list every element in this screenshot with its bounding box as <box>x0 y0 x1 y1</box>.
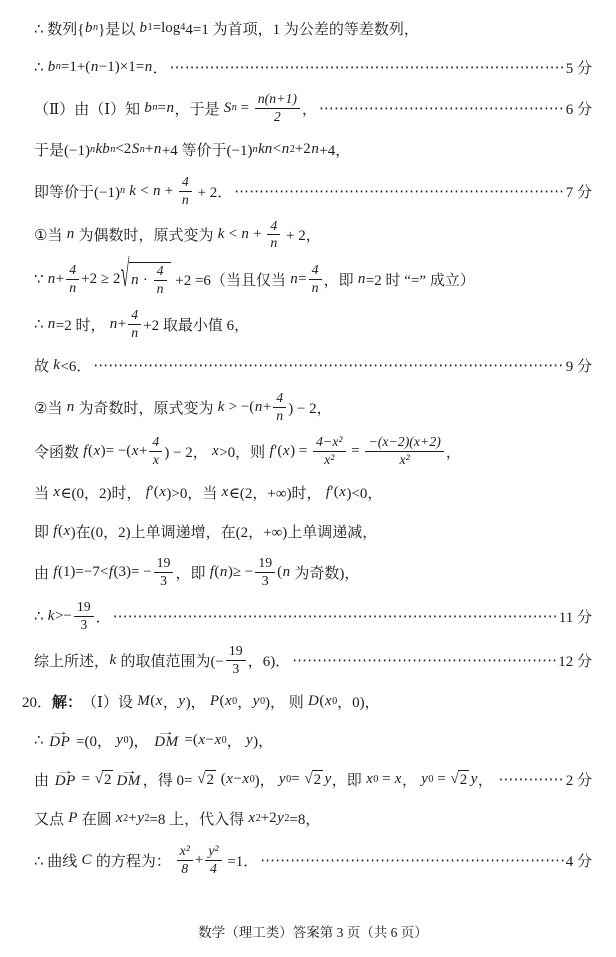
math-variable: n <box>241 226 250 243</box>
radicand: 2 <box>102 770 114 789</box>
score-label: 2 分 <box>566 769 592 790</box>
fraction-numerator: 4 <box>309 263 322 280</box>
solution-lines: ∴ 数列{bn}是以 b1=log44=1 为首项，1 为公差的等差数列，∴ b… <box>34 14 592 915</box>
solution-line: 又点 P 在圆 x2+y2=8 上，代入得 x2+2y2=8， <box>34 805 592 833</box>
solution-line: ∴ →DP =(0， y0)， →DM =(x−x0， y)， <box>34 727 592 755</box>
math-variable: k <box>125 183 136 200</box>
text-run: （Ⅰ）设 <box>82 691 137 712</box>
text-run: }是以 <box>98 18 139 39</box>
text-run: =8 上，代入得 <box>149 808 247 829</box>
fraction: 4n <box>309 263 322 296</box>
vector: →DP <box>49 730 70 751</box>
text-run: + <box>249 226 265 243</box>
text-run: ∈(0，2)时， <box>60 482 145 503</box>
fraction: n(n+1)2 <box>255 92 300 125</box>
math-variable: y <box>277 810 285 827</box>
math-variable: x <box>324 693 332 710</box>
solution-line: 即 f(x)在(0，2)上单调递增，在(2，+∞)上单调递减， <box>34 517 592 545</box>
text-run: · <box>139 272 152 289</box>
fraction: 4x <box>149 435 162 468</box>
math-variable: n <box>357 271 366 288</box>
math-variable: S <box>223 100 232 117</box>
vector: →DM <box>154 730 178 751</box>
math-variable: n <box>131 272 140 289</box>
vector-arrow-icon: → <box>119 769 138 774</box>
math-variable: k <box>47 608 55 625</box>
math-variable: P <box>68 810 78 827</box>
text-run: =1+( <box>61 59 90 76</box>
math-variable: n <box>290 271 299 288</box>
fraction-denominator: 3 <box>154 573 174 589</box>
fraction-denominator: 3 <box>255 573 275 589</box>
solution-line: 由 →DP = √2→DM，得 0= √2 (x−x0)， y0= √2y，即 … <box>34 766 592 794</box>
math-variable: D <box>308 693 320 710</box>
solution-line: 于是(−1)nkbn<2Sn+n+4 等价于(−1)nkn<n2+2n+4， <box>34 136 592 164</box>
text-run: ． <box>153 57 168 78</box>
dot-leader: ⋯⋯⋯⋯⋯⋯⋯⋯⋯⋯⋯⋯⋯⋯⋯⋯⋯⋯⋯⋯⋯⋯⋯⋯⋯⋯⋯⋯⋯⋯⋯⋯⋯⋯⋯⋯⋯⋯⋯⋯… <box>113 607 557 626</box>
text-run: ∴ <box>34 315 47 334</box>
text-run: ， <box>237 691 252 712</box>
sqrt: √n · 4n <box>121 262 170 297</box>
math-variable: k <box>217 399 225 416</box>
fraction-numerator: 4 <box>66 263 79 280</box>
dot-leader: ⋯⋯⋯⋯⋯⋯⋯⋯⋯⋯⋯⋯⋯⋯⋯⋯⋯⋯⋯⋯⋯⋯⋯⋯⋯⋯⋯⋯⋯⋯⋯⋯⋯⋯⋯⋯⋯⋯⋯⋯… <box>499 770 564 789</box>
dot-leader: ⋯⋯⋯⋯⋯⋯⋯⋯⋯⋯⋯⋯⋯⋯⋯⋯⋯⋯⋯⋯⋯⋯⋯⋯⋯⋯⋯⋯⋯⋯⋯⋯⋯⋯⋯⋯⋯⋯⋯⋯… <box>234 182 563 201</box>
fraction-denominator: x² <box>313 452 345 468</box>
text-run: )， <box>129 730 153 751</box>
text-run: + <box>195 852 203 869</box>
text-run: = <box>298 271 306 288</box>
text-run: + <box>128 810 136 827</box>
fraction: 4n <box>154 264 167 297</box>
text-run: ∴ <box>34 607 47 626</box>
math-variable: x <box>131 443 139 460</box>
fraction-numerator: 4 <box>179 175 192 192</box>
fraction-numerator: y² <box>205 844 221 861</box>
math-variable: n <box>281 141 290 158</box>
text-run: =( <box>181 732 198 749</box>
text-run: ②当 <box>34 397 66 418</box>
text-run: =8， <box>289 808 320 829</box>
text-run: + <box>161 183 177 200</box>
math-variable: b <box>144 100 153 117</box>
text-run: 为奇数时，原式变为 <box>75 397 218 418</box>
fraction-numerator: 4−x² <box>313 435 345 452</box>
text-run: 为奇数)， <box>291 562 360 583</box>
math-variable: y <box>421 771 429 788</box>
text-run: < <box>225 226 241 243</box>
solution-line: ①当 n 为偶数时，原式变为 k < n + 4n + 2， <box>34 219 592 252</box>
math-variable: y <box>116 732 124 749</box>
math-variable: x <box>242 771 250 788</box>
text-run: 的方程为： <box>92 850 175 871</box>
text-run: = <box>348 443 364 460</box>
fraction-denominator: 8 <box>177 861 193 877</box>
fraction-numerator: 19 <box>74 600 94 617</box>
text-run: 2 <box>207 772 215 789</box>
math-variable: C <box>81 852 92 869</box>
text-run: ∴ <box>34 731 47 750</box>
math-variable: x <box>115 810 123 827</box>
math-variable: n <box>153 141 162 158</box>
fraction-numerator: n(n+1) <box>255 92 300 109</box>
solution-line: 令函数 f(x)= −(x+4x) − 2， x>0，则 f′(x) = 4−x… <box>34 435 592 468</box>
fraction: 193 <box>74 600 94 633</box>
text-run: = <box>378 771 394 788</box>
math-variable: y <box>278 771 286 788</box>
text-run: )， <box>186 691 210 712</box>
line-content: 由 →DP = √2→DM，得 0= √2 (x−x0)， y0= √2y，即 … <box>34 769 497 790</box>
line-content: ∵ n+4n+2 ≥ 2√n · 4n +2 =6（当且仅当 n=4n，即 n=… <box>34 262 475 297</box>
line-content: ①当 n 为偶数时，原式变为 k < n + 4n + 2， <box>34 219 321 252</box>
math-variable: x <box>225 693 233 710</box>
fraction: 4n <box>267 219 280 252</box>
radical-sign: √ <box>121 256 130 299</box>
math-variable: n <box>282 564 291 581</box>
math-variable: x <box>155 693 163 710</box>
page-footer: 数学（理工类）答案第 3 页（共 6 页） <box>34 915 592 951</box>
fraction-denominator: 3 <box>226 661 246 677</box>
sqrt: √2 <box>450 770 469 789</box>
fraction-numerator: 4 <box>128 308 141 325</box>
math-variable: P <box>209 693 219 710</box>
fraction-denominator: n <box>273 408 286 424</box>
text-run: 令函数 <box>34 441 83 462</box>
text-run: )， 则 <box>265 691 308 712</box>
text-run: =(0， <box>72 730 115 751</box>
score-label: 9 分 <box>566 355 592 376</box>
text-run: +4， <box>319 139 350 160</box>
math-variable: n <box>66 226 75 243</box>
text-run: +2 取最小值 6， <box>143 314 249 335</box>
fraction-denominator: 2 <box>255 109 300 125</box>
fraction-denominator: n <box>179 192 192 208</box>
text-run: >− <box>55 608 72 625</box>
fraction: 4n <box>179 175 192 208</box>
math-variable: x <box>63 523 71 540</box>
text-run: )>0，当 <box>166 482 221 503</box>
line-content: （Ⅱ）由（Ⅰ）知 bn=n，于是 Sn = n(n+1)2， <box>34 92 317 125</box>
math-variable: k <box>217 226 225 243</box>
math-variable: x <box>53 484 61 501</box>
text-run: ′( <box>150 484 158 501</box>
math-variable: n <box>66 399 75 416</box>
math-variable: b <box>47 59 56 76</box>
line-content: ∴ k>−193． <box>34 600 111 633</box>
fraction-denominator: n <box>154 281 167 297</box>
text-run: ′( <box>330 484 338 501</box>
math-variable: n <box>311 141 320 158</box>
fraction-numerator: 19 <box>226 644 246 661</box>
text-run: 的取值范围为(− <box>117 650 224 671</box>
text-run: ) − 2， <box>164 441 211 462</box>
text-run: = <box>291 771 303 788</box>
math-variable: n <box>47 271 56 288</box>
line-content: 令函数 f(x)= −(x+4x) − 2， x>0，则 f′(x) = 4−x… <box>34 435 461 468</box>
text-run: < <box>273 141 281 158</box>
math-variable: x <box>226 771 234 788</box>
math-variable: x <box>339 484 347 501</box>
text-run: ′( <box>274 443 282 460</box>
text-run: + <box>56 271 64 288</box>
text-run: +2 =6（当且仅当 <box>172 269 290 290</box>
solution-line: 20．解：（Ⅰ）设 M(x，y)， P(x0，y0)， 则 D(x0，0)， <box>22 688 592 716</box>
solution-line: 故 k<6．⋯⋯⋯⋯⋯⋯⋯⋯⋯⋯⋯⋯⋯⋯⋯⋯⋯⋯⋯⋯⋯⋯⋯⋯⋯⋯⋯⋯⋯⋯⋯⋯⋯⋯… <box>34 352 592 380</box>
solution-line: ∵ n+4n+2 ≥ 2√n · 4n +2 =6（当且仅当 n=4n，即 n=… <box>34 262 592 297</box>
text-run: 综上所述， <box>34 650 109 671</box>
text-run: >0，则 <box>219 441 269 462</box>
text-run: 4=1 为首项，1 为公差的等差数列， <box>185 18 418 39</box>
score-label: 4 分 <box>566 850 592 871</box>
fraction: y²4 <box>205 844 221 877</box>
text-run: > −( <box>225 399 254 416</box>
text-run: ， <box>446 441 461 462</box>
line-content: 20．解：（Ⅰ）设 M(x，y)， P(x0，y0)， 则 D(x0，0)， <box>22 691 380 712</box>
text-run: ∴ 曲线 <box>34 850 81 871</box>
fraction: 4n <box>66 263 79 296</box>
line-content: ②当 n 为奇数时，原式变为 k > −(n+4n) − 2， <box>34 391 332 424</box>
text-run: )≥ − <box>228 564 253 581</box>
sqrt: √2 <box>95 770 114 789</box>
fraction-denominator: 4 <box>205 861 221 877</box>
math-variable: y <box>246 732 254 749</box>
text-run: − <box>233 771 241 788</box>
vector-arrow-icon: → <box>157 730 176 735</box>
text-run: =log <box>153 20 181 37</box>
text-run: ，0)， <box>337 691 380 712</box>
text-run: 由 <box>34 562 53 583</box>
text-run: = <box>78 771 94 788</box>
math-variable: x <box>212 443 220 460</box>
text-run: )在(0，2)上单调递增，在(2，+∞)上单调递减， <box>71 521 378 542</box>
fraction: 193 <box>226 644 246 677</box>
solution-line: ∴ 数列{bn}是以 b1=log44=1 为首项，1 为公差的等差数列， <box>34 14 592 42</box>
fraction-denominator: n <box>309 280 322 296</box>
dot-leader: ⋯⋯⋯⋯⋯⋯⋯⋯⋯⋯⋯⋯⋯⋯⋯⋯⋯⋯⋯⋯⋯⋯⋯⋯⋯⋯⋯⋯⋯⋯⋯⋯⋯⋯⋯⋯⋯⋯⋯⋯… <box>93 356 563 375</box>
score-label: 11 分 <box>559 606 592 627</box>
text-run: + <box>263 399 271 416</box>
text-run: 故 <box>34 355 53 376</box>
fraction: 4n <box>273 391 286 424</box>
fraction: 193 <box>154 556 174 589</box>
fraction: 4−x²x² <box>313 435 345 468</box>
text-run: ( <box>217 771 226 788</box>
line-content: ∴ 数列{bn}是以 b1=log44=1 为首项，1 为公差的等差数列， <box>34 18 419 39</box>
text-run: ， <box>478 769 497 790</box>
text-run: ，即 <box>324 269 358 290</box>
math-variable: x <box>214 732 222 749</box>
text-run: =2 时 “=” 成立） <box>366 269 475 290</box>
fraction-denominator: n <box>66 280 79 296</box>
answer-document: ∴ 数列{bn}是以 b1=log44=1 为首项，1 为公差的等差数列，∴ b… <box>0 0 616 957</box>
math-variable: x <box>198 732 206 749</box>
score-label: 5 分 <box>566 57 592 78</box>
math-variable: n <box>109 316 118 333</box>
math-variable: k <box>53 357 61 374</box>
radicand: 2 <box>205 770 217 789</box>
line-content: ∴ n=2 时， n+4n+2 取最小值 6， <box>34 308 249 341</box>
text-run: ． <box>96 606 111 627</box>
text-run: +4 等价于(−1) <box>162 139 253 160</box>
fraction-numerator: −(x−2)(x+2) <box>365 435 443 452</box>
math-variable: x <box>282 443 290 460</box>
text-run: ， <box>402 769 421 790</box>
dot-leader: ⋯⋯⋯⋯⋯⋯⋯⋯⋯⋯⋯⋯⋯⋯⋯⋯⋯⋯⋯⋯⋯⋯⋯⋯⋯⋯⋯⋯⋯⋯⋯⋯⋯⋯⋯⋯⋯⋯⋯⋯… <box>292 651 556 670</box>
text-run: （Ⅱ）由（Ⅰ）知 <box>34 98 144 119</box>
solution-line: ②当 n 为奇数时，原式变为 k > −(n+4n) − 2， <box>34 391 592 424</box>
fraction-denominator: n <box>267 235 280 251</box>
math-variable: y <box>252 693 260 710</box>
fraction: −(x−2)(x+2)x² <box>365 435 443 468</box>
text-run: + 2． <box>194 181 232 202</box>
text-run: ，得 0= <box>143 769 196 790</box>
math-variable: n <box>219 564 228 581</box>
radicand: 2 <box>312 770 324 789</box>
text-run: )<0， <box>346 482 382 503</box>
math-variable: x <box>366 771 374 788</box>
text-run: =2 时， <box>56 314 109 335</box>
math-variable: kb <box>95 141 110 158</box>
text-run: =1． <box>224 850 259 871</box>
text-run: ， <box>163 691 178 712</box>
math-variable: x <box>221 484 229 501</box>
text-run: +2 <box>295 141 311 158</box>
solution-line: 即等价于(−1)n k < n + 4n + 2．⋯⋯⋯⋯⋯⋯⋯⋯⋯⋯⋯⋯⋯⋯⋯… <box>34 175 592 208</box>
vector: →DM <box>116 769 140 790</box>
line-content: 当 x∈(0，2)时， f′(x)>0，当 x∈(2，+∞)时， f′(x)<0… <box>34 482 382 503</box>
line-content: 于是(−1)nkbn<2Sn+n+4 等价于(−1)nkn<n2+2n+4， <box>34 139 350 160</box>
solution-line: 当 x∈(0，2)时， f′(x)>0，当 x∈(2，+∞)时， f′(x)<0… <box>34 478 592 506</box>
solution-line: ∴ n=2 时， n+4n+2 取最小值 6， <box>34 308 592 341</box>
text-run: )= −( <box>101 443 132 460</box>
text-run: ∈(2，+∞)时， <box>229 482 326 503</box>
line-content: 又点 P 在圆 x2+y2=8 上，代入得 x2+2y2=8， <box>34 808 320 829</box>
text-run: = <box>157 100 165 117</box>
score-label: 6 分 <box>566 98 592 119</box>
text-run: (1)=−7< <box>58 564 108 581</box>
text-run: 即 <box>34 521 53 542</box>
text-run: ，即 <box>332 769 366 790</box>
text-run: 2 <box>460 772 468 789</box>
math-variable: y <box>324 771 332 788</box>
solution-line: ∴ k>−193．⋯⋯⋯⋯⋯⋯⋯⋯⋯⋯⋯⋯⋯⋯⋯⋯⋯⋯⋯⋯⋯⋯⋯⋯⋯⋯⋯⋯⋯⋯⋯… <box>34 600 592 633</box>
text-run: ∴ 数列{ <box>34 18 85 39</box>
dot-leader: ⋯⋯⋯⋯⋯⋯⋯⋯⋯⋯⋯⋯⋯⋯⋯⋯⋯⋯⋯⋯⋯⋯⋯⋯⋯⋯⋯⋯⋯⋯⋯⋯⋯⋯⋯⋯⋯⋯⋯⋯… <box>170 58 564 77</box>
solution-line: ∴ bn=1+(n−1)×1=n．⋯⋯⋯⋯⋯⋯⋯⋯⋯⋯⋯⋯⋯⋯⋯⋯⋯⋯⋯⋯⋯⋯⋯… <box>34 53 592 81</box>
math-variable: b <box>85 20 94 37</box>
math-variable: M <box>137 693 151 710</box>
text-run: + <box>145 141 153 158</box>
math-variable: n <box>144 59 153 76</box>
text-run: + <box>139 443 147 460</box>
text-run: +2 ≥ 2 <box>81 271 120 288</box>
text-run: 20． <box>22 691 52 712</box>
text-run: <6． <box>60 355 91 376</box>
text-run: ，即 <box>175 562 209 583</box>
text-run: 2 <box>314 772 322 789</box>
math-variable: x <box>93 443 101 460</box>
line-content: ∴ →DP =(0， y0)， →DM =(x−x0， y)， <box>34 730 273 751</box>
math-variable: y <box>470 771 478 788</box>
fraction-numerator: 4 <box>267 219 280 236</box>
fraction-numerator: 4 <box>154 264 167 281</box>
text-run: 在圆 <box>78 808 116 829</box>
page: { "glyphs": { "radical": "√", "vec_arrow… <box>0 0 616 957</box>
solution-line: ∴ 曲线 C 的方程为： x²8+y²4 =1．⋯⋯⋯⋯⋯⋯⋯⋯⋯⋯⋯⋯⋯⋯⋯⋯… <box>34 844 592 877</box>
solution-line: 由 f(1)=−7<f(3)= −193，即 f(n)≥ −193(n 为奇数)… <box>34 556 592 589</box>
fraction-numerator: 4 <box>149 435 162 452</box>
math-variable: x <box>248 810 256 827</box>
text-run: ∵ <box>34 270 47 289</box>
text-run: <2 <box>115 141 131 158</box>
text-run: ①当 <box>34 224 66 245</box>
footer-text: 数学（理工类）答案第 3 页（共 6 页） <box>198 925 428 940</box>
text-run: ， <box>227 730 246 751</box>
text-run: −1)×1= <box>99 59 144 76</box>
math-variable: n <box>47 316 56 333</box>
line-content: ∴ 曲线 C 的方程为： x²8+y²4 =1． <box>34 844 258 877</box>
text-run: = <box>434 771 450 788</box>
math-variable: S <box>131 141 140 158</box>
text-run: ∴ <box>34 58 47 77</box>
solution-line: （Ⅱ）由（Ⅰ）知 bn=n，于是 Sn = n(n+1)2，⋯⋯⋯⋯⋯⋯⋯⋯⋯⋯… <box>34 92 592 125</box>
text-run: +2 <box>261 810 277 827</box>
fraction-numerator: 19 <box>154 556 174 573</box>
line-content: 综上所述，k 的取值范围为(−193，6)． <box>34 644 290 677</box>
bold-text: 解： <box>52 691 82 712</box>
math-variable: kn <box>258 141 273 158</box>
fraction-numerator: 19 <box>255 556 275 573</box>
text-run: ， <box>302 98 317 119</box>
text-run: < <box>136 183 152 200</box>
fraction-denominator: x² <box>365 452 443 468</box>
fraction: 193 <box>255 556 275 589</box>
text-run: 2 <box>104 772 112 789</box>
vector-arrow-icon: → <box>50 730 69 735</box>
math-variable: n <box>90 59 99 76</box>
sqrt: √2 <box>304 770 323 789</box>
text-run: ，6)． <box>248 650 291 671</box>
math-variable: x <box>394 771 402 788</box>
text-run: 为偶数时，原式变为 <box>75 224 218 245</box>
text-run: ，于是 <box>174 98 223 119</box>
math-variable: n <box>166 100 175 117</box>
dot-leader: ⋯⋯⋯⋯⋯⋯⋯⋯⋯⋯⋯⋯⋯⋯⋯⋯⋯⋯⋯⋯⋯⋯⋯⋯⋯⋯⋯⋯⋯⋯⋯⋯⋯⋯⋯⋯⋯⋯⋯⋯… <box>319 99 564 118</box>
math-variable: x <box>159 484 167 501</box>
text-run: + <box>118 316 126 333</box>
math-variable: b <box>139 20 148 37</box>
text-run: = <box>237 100 253 117</box>
vector-arrow-icon: → <box>56 769 75 774</box>
fraction: x²8 <box>177 844 193 877</box>
text-run: ) − 2， <box>288 397 331 418</box>
math-variable: y <box>137 810 145 827</box>
line-content: 故 k<6． <box>34 355 91 376</box>
text-run: )， <box>255 769 279 790</box>
line-content: 由 f(1)=−7<f(3)= −193，即 f(n)≥ −193(n 为奇数)… <box>34 556 359 589</box>
line-content: ∴ bn=1+(n−1)×1=n． <box>34 57 168 78</box>
fraction-denominator: x <box>149 452 162 468</box>
fraction: 4n <box>128 308 141 341</box>
text-run: )， <box>253 730 273 751</box>
text-run: 即等价于(−1) <box>34 181 120 202</box>
score-label: 12 分 <box>558 650 592 671</box>
text-run: − <box>206 732 214 749</box>
text-run: (3)= − <box>113 564 151 581</box>
score-label: 7 分 <box>566 181 592 202</box>
math-variable: y <box>178 693 186 710</box>
fraction-denominator: 3 <box>74 617 94 633</box>
